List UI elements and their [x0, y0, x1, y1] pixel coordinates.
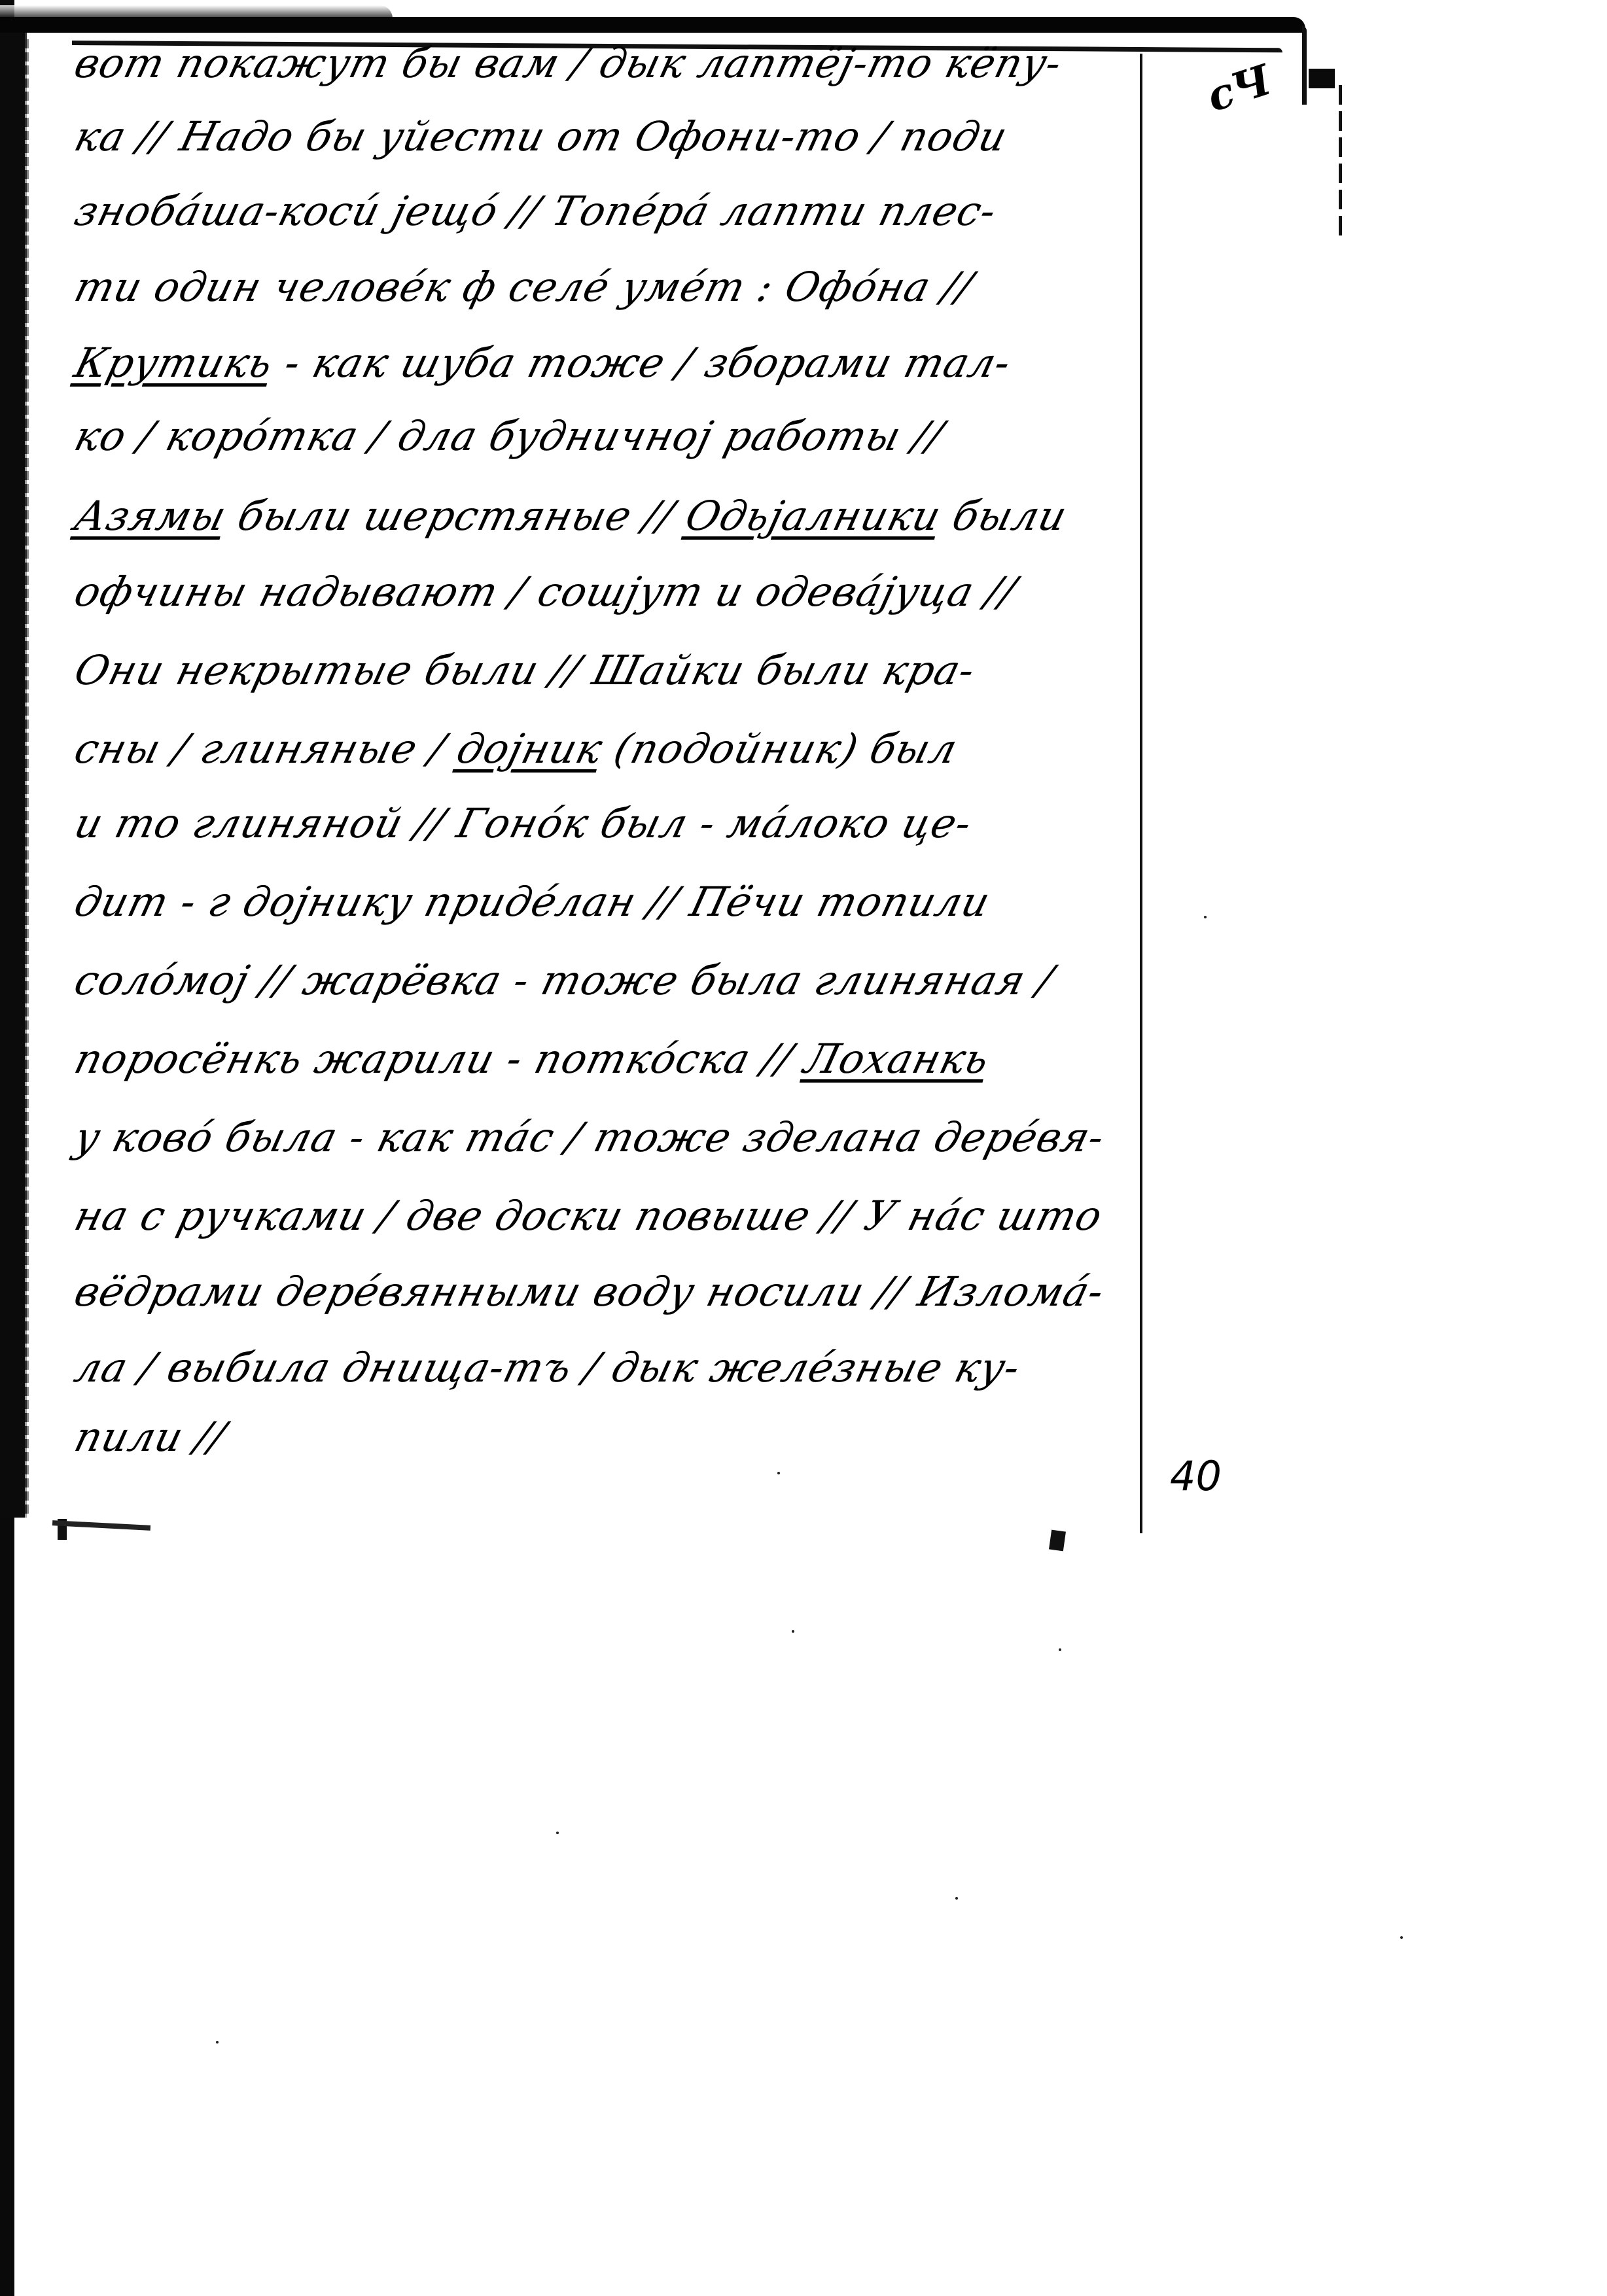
manuscript-page: сЧ вот покажут бы вам / дык лаптёj-то кё… — [0, 0, 1607, 2296]
text-segment: офчины надывают / сошjут и одевájуца // — [70, 568, 1021, 616]
text-line: соло́моj // жарёвка - тоже была глиняная… — [65, 956, 1059, 1022]
text-line: Крутикь - как шуба тоже / зборами тал- — [65, 339, 1016, 404]
text-line: поросёнкь жарили - поткóска // Лоханкь — [65, 1035, 995, 1100]
top-scan-shadow — [0, 5, 393, 18]
text-segment: Они некрытые были // Шайки были кра- — [70, 646, 980, 694]
text-line: дит - г доjнику придéлан // Пёчи топили — [65, 878, 995, 943]
text-segment: и то глиняной // Гоно́к был - мáлоко це- — [70, 799, 977, 847]
text-segment: - как шуба тоже / зборами тал- — [266, 339, 1016, 387]
scan-speck — [1204, 916, 1207, 918]
text-line: вот покажут бы вам / дык лаптёj-то кёпу- — [65, 39, 1067, 105]
text-segment: на с ручками / две доски повыше // У нáс… — [70, 1192, 1108, 1240]
page-number: 40 — [1170, 1452, 1222, 1500]
text-segment: соло́моj // жарёвка - тоже была глиняная… — [70, 956, 1059, 1004]
top-scan-band — [0, 17, 1305, 33]
text-segment: были — [934, 492, 1072, 540]
scan-mark-bottom-right — [1049, 1530, 1066, 1552]
text-segment: были шерстяные // — [219, 492, 692, 540]
scan-speck — [777, 1472, 780, 1474]
text-line: ка // Надо бы уйести от Офони-то / поди — [65, 113, 1012, 178]
binding-edge — [25, 39, 29, 1518]
text-line: Азямы были шерстяные // Одьjалники были — [65, 492, 1072, 557]
text-line: на с ручками / две доски повыше // У нáс… — [65, 1192, 1108, 1257]
text-line: у ково́ была - как тáс / тоже зделана де… — [65, 1113, 1110, 1179]
text-segment: (подойник) был — [596, 725, 962, 773]
text-segment: дит - г доjнику придéлан // Пёчи топили — [70, 878, 995, 926]
text-line: ти один человéк ф селé умéт : Офо́на // — [65, 263, 978, 328]
page-edge-tab — [1302, 26, 1307, 105]
text-segment: ти один человéк ф селé умéт : Офо́на // — [70, 263, 978, 311]
text-line: вёдрами дерéвянными воду носили // Излом… — [65, 1268, 1109, 1333]
page-right-edge — [1339, 85, 1342, 242]
text-segment: поросёнкь жарили - поткóска // — [70, 1035, 811, 1083]
corner-annotation: сЧ — [1201, 56, 1277, 122]
text-segment: ка // Надо бы уйести от Офони-то / поди — [70, 113, 1013, 160]
text-segment: пили // — [70, 1413, 231, 1461]
scan-speck — [792, 1630, 794, 1633]
page-edge-block — [1309, 69, 1335, 88]
underlined-term: Азямы — [70, 492, 232, 540]
text-line: ла / выбила днища-тъ / дык желéзные ку- — [65, 1344, 1025, 1409]
scan-speck — [1059, 1648, 1061, 1651]
text-line: ко / коро́тка / дла будничноj работы // — [65, 412, 949, 478]
text-line: офчины надывают / сошjут и одевájуца // — [65, 568, 1021, 633]
margin-rule-line — [1140, 54, 1142, 1533]
scan-speck — [955, 1897, 958, 1900]
binding-shadow-upper — [0, 26, 27, 1518]
text-segment: у ково́ была - как тáс / тоже зделана де… — [70, 1113, 1110, 1161]
text-segment: зноба́ша-косú jещó // Топе́рá лапти плес… — [70, 187, 1002, 235]
text-segment: вот покажут бы вам / дык лаптёj-то кёпу- — [70, 39, 1067, 87]
text-segment: ла / выбила днища-тъ / дык желéзные ку- — [70, 1344, 1025, 1391]
text-line: зноба́ша-косú jещó // Топе́рá лапти плес… — [65, 187, 1002, 252]
underlined-term: Крутикь — [70, 339, 278, 387]
scan-speck — [1400, 1936, 1403, 1939]
text-line: и то глиняной // Гоно́к был - мáлоко це- — [65, 799, 977, 865]
text-line: Они некрытые были // Шайки были кра- — [65, 646, 980, 712]
scan-speck — [556, 1832, 559, 1834]
text-line: сны / глиняные / доjник (подойник) был — [65, 725, 962, 790]
text-line: пили // — [65, 1413, 231, 1478]
scan-stroke-bottom-left — [52, 1520, 150, 1531]
underlined-term: Одьjалники — [681, 492, 946, 540]
text-segment: ко / коро́тка / дла будничноj работы // — [70, 412, 949, 460]
scan-speck — [216, 2041, 219, 2044]
underlined-term: доjник — [452, 725, 608, 773]
text-segment: вёдрами дерéвянными воду носили // Излом… — [70, 1268, 1109, 1315]
text-segment: сны / глиняные / — [70, 725, 465, 773]
underlined-term: Лоханкь — [800, 1035, 995, 1083]
